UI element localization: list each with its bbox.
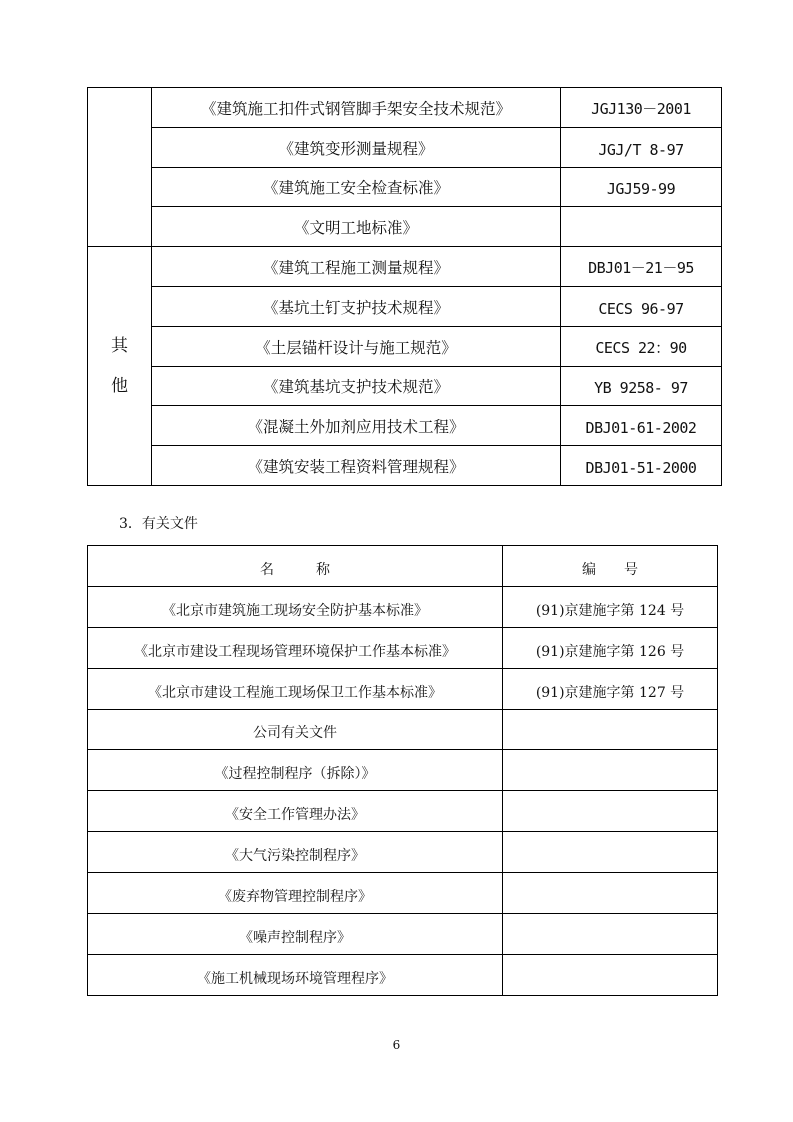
table-row: 《建筑施工安全检查标准》 JGJ59-99 <box>88 167 722 207</box>
document-name: 《过程控制程序（拆除）》 <box>88 750 503 791</box>
document-name: 《安全工作管理办法》 <box>88 791 503 832</box>
standard-name: 《建筑变形测量规程》 <box>152 127 561 167</box>
document-name: 公司有关文件 <box>88 709 503 750</box>
standard-code: JGJ59-99 <box>561 167 722 207</box>
standard-name: 《文明工地标准》 <box>152 207 561 247</box>
documents-table: 名 称 编 号 《北京市建筑施工现场安全防护基本标准》 (91)京建施字第 12… <box>87 545 718 996</box>
standard-name: 《混凝土外加剂应用技术工程》 <box>152 406 561 446</box>
standard-code: DBJ01－21－95 <box>561 247 722 287</box>
table-row: 《北京市建筑施工现场安全防护基本标准》 (91)京建施字第 124 号 <box>88 586 718 627</box>
table-row: 《建筑施工扣件式钢管脚手架安全技术规范》 JGJ130－2001 <box>88 88 722 128</box>
table-row: 公司有关文件 <box>88 709 718 750</box>
standard-name: 《建筑工程施工测量规程》 <box>152 247 561 287</box>
header-name: 名 称 <box>88 546 503 587</box>
document-name: 《噪声控制程序》 <box>88 914 503 955</box>
document-name: 《废弃物管理控制程序》 <box>88 873 503 914</box>
standards-table: 《建筑施工扣件式钢管脚手架安全技术规范》 JGJ130－2001 《建筑变形测量… <box>87 87 722 486</box>
document-name: 《施工机械现场环境管理程序》 <box>88 954 503 995</box>
document-name: 《北京市建筑施工现场安全防护基本标准》 <box>88 586 503 627</box>
standard-code: CECS 96-97 <box>561 286 722 326</box>
document-code <box>503 914 718 955</box>
standard-name: 《建筑基坑支护技术规范》 <box>152 366 561 406</box>
standard-code: DBJ01-61-2002 <box>561 406 722 446</box>
table-row: 《北京市建设工程现场管理环境保护工作基本标准》 (91)京建施字第 126 号 <box>88 627 718 668</box>
page-number: 6 <box>0 1038 793 1052</box>
table-row: 《北京市建设工程施工现场保卫工作基本标准》 (91)京建施字第 127 号 <box>88 668 718 709</box>
document-name: 《大气污染控制程序》 <box>88 832 503 873</box>
standard-name: 《建筑施工安全检查标准》 <box>152 167 561 207</box>
document-name: 《北京市建设工程现场管理环境保护工作基本标准》 <box>88 627 503 668</box>
document-code <box>503 791 718 832</box>
category-char: 其 <box>111 336 128 356</box>
standard-code: YB 9258- 97 <box>561 366 722 406</box>
table-header-row: 名 称 编 号 <box>88 546 718 587</box>
standard-name: 《建筑安装工程资料管理规程》 <box>152 446 561 486</box>
table-row: 《过程控制程序（拆除）》 <box>88 750 718 791</box>
document-code <box>503 954 718 995</box>
standard-code: CECS 22：90 <box>561 326 722 366</box>
table-row: 《土层锚杆设计与施工规范》 CECS 22：90 <box>88 326 722 366</box>
standard-code: JGJ/T 8-97 <box>561 127 722 167</box>
table-row: 《建筑安装工程资料管理规程》 DBJ01-51-2000 <box>88 446 722 486</box>
category-char: 他 <box>111 376 128 396</box>
table-row: 《基坑土钉支护技术规程》 CECS 96-97 <box>88 286 722 326</box>
table-row: 《建筑变形测量规程》 JGJ/T 8-97 <box>88 127 722 167</box>
standard-code: DBJ01-51-2000 <box>561 446 722 486</box>
table-row: 《建筑基坑支护技术规范》 YB 9258- 97 <box>88 366 722 406</box>
document-name: 《北京市建设工程施工现场保卫工作基本标准》 <box>88 668 503 709</box>
standard-name: 《土层锚杆设计与施工规范》 <box>152 326 561 366</box>
document-code: (91)京建施字第 126 号 <box>503 627 718 668</box>
standard-name: 《建筑施工扣件式钢管脚手架安全技术规范》 <box>152 88 561 128</box>
table-row: 《大气污染控制程序》 <box>88 832 718 873</box>
category-cell-blank <box>88 88 152 247</box>
table-row: 《噪声控制程序》 <box>88 914 718 955</box>
standard-name: 《基坑土钉支护技术规程》 <box>152 286 561 326</box>
document-code <box>503 750 718 791</box>
table-row: 其 他 《建筑工程施工测量规程》 DBJ01－21－95 <box>88 247 722 287</box>
table-row: 《文明工地标准》 <box>88 207 722 247</box>
section-heading: 3．有关文件 <box>119 513 198 533</box>
table-row: 《安全工作管理办法》 <box>88 791 718 832</box>
standard-code <box>561 207 722 247</box>
table-row: 《施工机械现场环境管理程序》 <box>88 954 718 995</box>
document-code: (91)京建施字第 127 号 <box>503 668 718 709</box>
header-code: 编 号 <box>503 546 718 587</box>
document-code <box>503 873 718 914</box>
document-code: (91)京建施字第 124 号 <box>503 586 718 627</box>
table-row: 《废弃物管理控制程序》 <box>88 873 718 914</box>
document-code <box>503 832 718 873</box>
document-code <box>503 709 718 750</box>
table-row: 《混凝土外加剂应用技术工程》 DBJ01-61-2002 <box>88 406 722 446</box>
category-other: 其 他 <box>88 247 152 486</box>
standard-code: JGJ130－2001 <box>561 88 722 128</box>
